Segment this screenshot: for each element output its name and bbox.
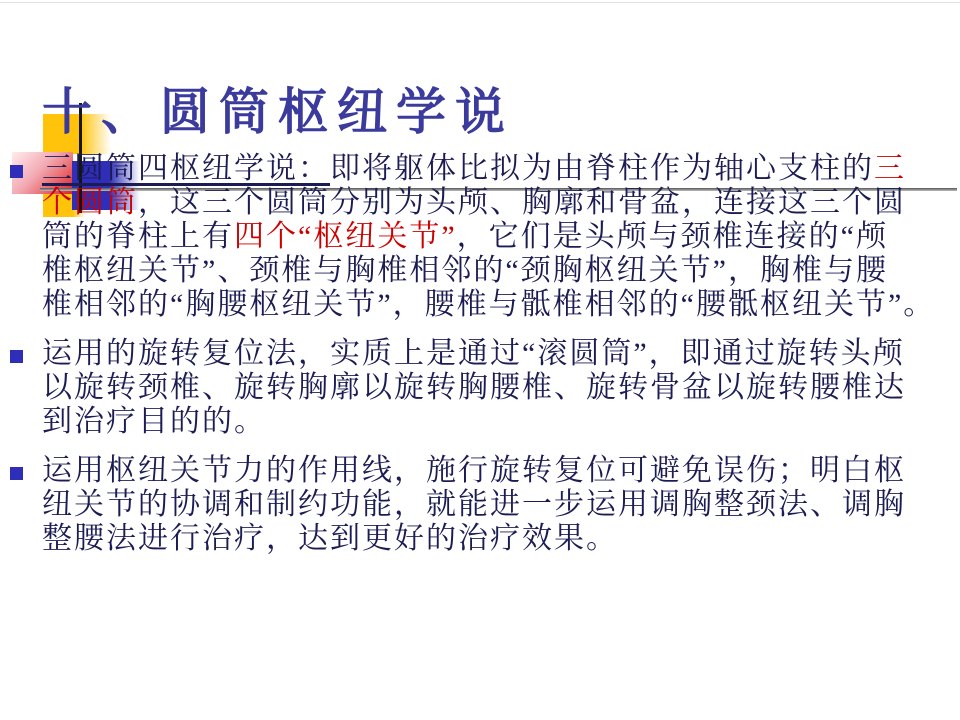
text-line: 三圆筒四枢纽学说：即将躯体比拟为由脊柱作为轴心支柱的三 — [42, 152, 935, 186]
bullet-marker-icon — [10, 467, 23, 480]
bullet-item: 运用枢纽关节力的作用线，施行旋转复位可避免误伤；明白枢纽关节的协调和制约功能，就… — [10, 454, 958, 556]
bullet-text: 三圆筒四枢纽学说：即将躯体比拟为由脊柱作为轴心支柱的三个圆筒，这三个圆筒分别为头… — [42, 152, 935, 322]
text-line: 纽关节的协调和制约功能，就能进一步运用调胸整颈法、调胸 — [42, 488, 906, 522]
text-segment: 运用枢纽关节力的作用线，施行旋转复位可避免误伤；明白枢 — [42, 454, 906, 487]
text-line: 运用的旋转复位法，实质上是通过“滚圆筒”，即通过旋转头颅 — [42, 337, 906, 371]
text-segment: 三圆筒四枢纽学说： — [42, 152, 330, 185]
bullet-item: 三圆筒四枢纽学说：即将躯体比拟为由脊柱作为轴心支柱的三个圆筒，这三个圆筒分别为头… — [10, 152, 958, 322]
bullet-text: 运用的旋转复位法，实质上是通过“滚圆筒”，即通过旋转头颅以旋转颈椎、旋转胸廓以旋… — [42, 337, 906, 439]
text-line: 椎相邻的“胸腰枢纽关节”，腰椎与骶椎相邻的“腰骶枢纽关节”。 — [42, 288, 935, 322]
text-line: 椎枢纽关节”、颈椎与胸椎相邻的“颈胸枢纽关节”，胸椎与腰 — [42, 254, 935, 288]
text-segment: 运用的旋转复位法，实质上是通过“滚圆筒”，即通过旋转头颅 — [42, 337, 905, 370]
text-line: 到治疗目的的。 — [42, 405, 906, 439]
text-segment: ，这三个圆筒分别为头颅、胸廓和骨盆，连接这三个圆 — [138, 186, 906, 219]
highlighted-text-segment: 三 — [874, 152, 906, 185]
bullet-item: 运用的旋转复位法，实质上是通过“滚圆筒”，即通过旋转头颅以旋转颈椎、旋转胸廓以旋… — [10, 337, 958, 439]
slide-top-edge — [0, 2, 960, 3]
highlighted-text-segment: 个圆筒 — [42, 186, 138, 219]
bullet-marker-icon — [10, 165, 23, 178]
text-segment: 到治疗目的的。 — [42, 405, 266, 438]
text-line: 筒的脊柱上有四个“枢纽关节”，它们是头颅与颈椎连接的“颅 — [42, 220, 935, 254]
bullet-text: 运用枢纽关节力的作用线，施行旋转复位可避免误伤；明白枢纽关节的协调和制约功能，就… — [42, 454, 906, 556]
text-line: 整腰法进行治疗，达到更好的治疗效果。 — [42, 522, 906, 556]
text-segment: 即将躯体比拟为由脊柱作为轴心支柱的 — [330, 152, 874, 185]
text-segment: 整腰法进行治疗，达到更好的治疗效果。 — [42, 522, 618, 555]
text-segment: 以旋转颈椎、旋转胸廓以旋转胸腰椎、旋转骨盆以旋转腰椎达 — [42, 371, 906, 404]
highlighted-text-segment: 四个“枢纽关节” — [234, 220, 457, 253]
text-line: 个圆筒，这三个圆筒分别为头颅、胸廓和骨盆，连接这三个圆 — [42, 186, 935, 220]
slide-title: 十、圆筒枢纽学说 — [42, 82, 514, 142]
text-segment: ，它们是头颅与颈椎连接的“颅 — [457, 220, 888, 253]
text-segment: 纽关节的协调和制约功能，就能进一步运用调胸整颈法、调胸 — [42, 488, 906, 521]
text-segment: 椎枢纽关节”、颈椎与胸椎相邻的“颈胸枢纽关节”，胸椎与腰 — [42, 254, 888, 287]
bullet-marker-icon — [10, 350, 23, 363]
text-line: 运用枢纽关节力的作用线，施行旋转复位可避免误伤；明白枢 — [42, 454, 906, 488]
text-segment: 筒的脊柱上有 — [42, 220, 234, 253]
text-segment: 椎相邻的“胸腰枢纽关节”，腰椎与骶椎相邻的“腰骶枢纽关节”。 — [42, 288, 935, 321]
bullet-list: 三圆筒四枢纽学说：即将躯体比拟为由脊柱作为轴心支柱的三个圆筒，这三个圆筒分别为头… — [10, 152, 958, 571]
slide: 十、圆筒枢纽学说 三圆筒四枢纽学说：即将躯体比拟为由脊柱作为轴心支柱的三个圆筒，… — [0, 0, 960, 720]
text-line: 以旋转颈椎、旋转胸廓以旋转胸腰椎、旋转骨盆以旋转腰椎达 — [42, 371, 906, 405]
